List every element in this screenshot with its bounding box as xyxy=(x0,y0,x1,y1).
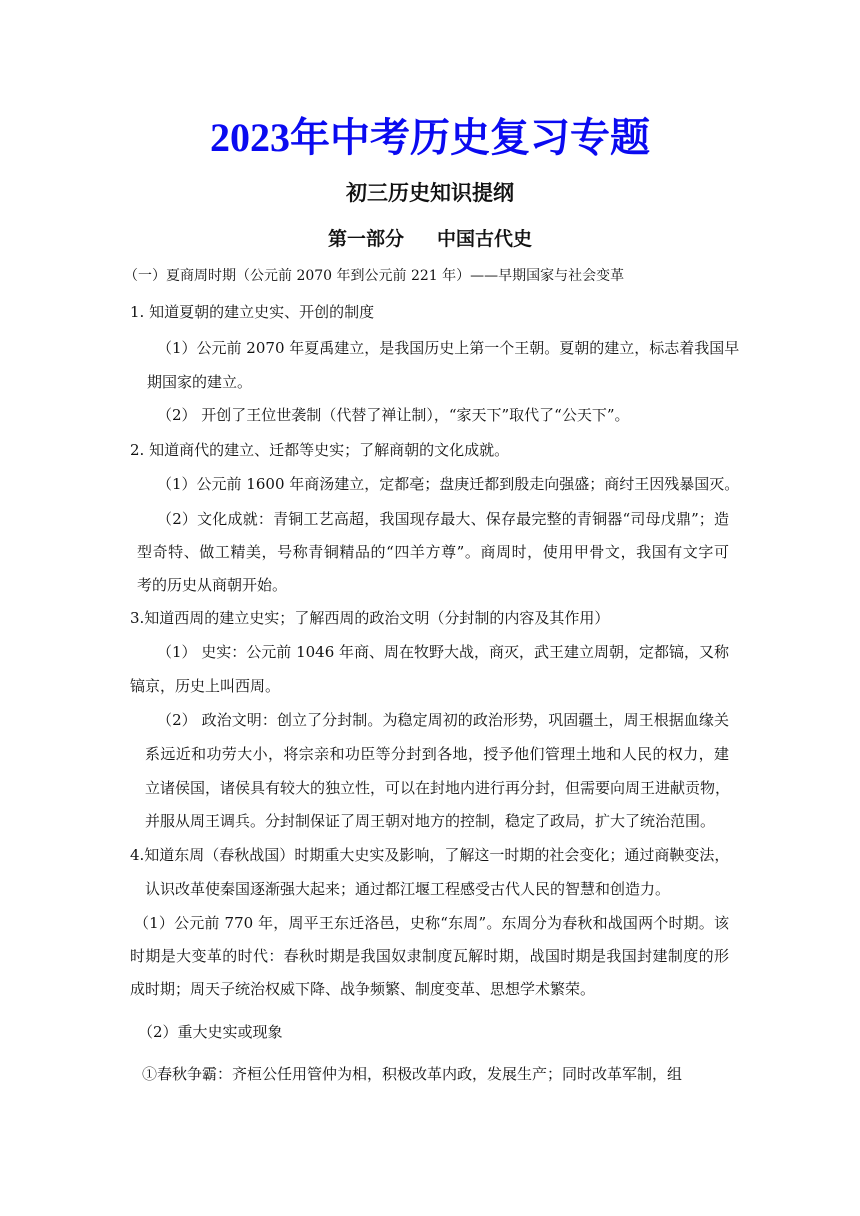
item-heading-2: 2. 知道商代的建立、迁都等史实；了解商朝的文化成就。 xyxy=(130,440,509,460)
paragraph-line: （1）公元前 770 年，周平王东迁洛邑，史称“东周”。东周分为春秋和战国两个时… xyxy=(134,913,729,933)
item-heading-4: 4.知道东周（春秋战国）时期重大史实及影响，了解这一时期的社会变化；通过商鞅变法… xyxy=(130,845,729,865)
paragraph-line: ①春秋争霸：齐桓公任用管仲为相，积极改革内政，发展生产；同时改革军制，组 xyxy=(142,1064,682,1084)
document-title: 2023年中考历史复习专题 xyxy=(0,112,860,164)
paragraph-line: （1） 史实：公元前 1046 年商、周在牧野大战，商灭，武王建立周朝，定都镐，… xyxy=(157,642,729,662)
paragraph-line: 型奇特、做工精美，号称青铜精品的“四羊方尊”。商周时，使用甲骨文，我国有文字可 xyxy=(137,542,729,562)
paragraph-line: （1）公元前 2070 年夏禹建立，是我国历史上第一个王朝。夏朝的建立，标志着我… xyxy=(157,338,729,358)
paragraph-line: （1）公元前 1600 年商汤建立，定都亳；盘庚迁都到殷走向强盛；商纣王因残暴国… xyxy=(157,474,729,494)
paragraph-line: 系远近和功劳大小，将宗亲和功臣等分封到各地，授予他们管理土地和人民的权力，建 xyxy=(145,744,729,764)
paragraph-line: 立诸侯国，诸侯具有较大的独立性，可以在封地内进行再分封，但需要向周王进献贡物， xyxy=(145,778,729,798)
paragraph-line: （2） 开创了王位世袭制（代替了禅让制），“家天下”取代了“公天下”。 xyxy=(157,405,630,425)
paragraph-line: 时期是大变革的时代：春秋时期是我国奴隶制度瓦解时期，战国时期是我国封建制度的形 xyxy=(130,946,729,966)
paragraph-line: 考的历史从商朝开始。 xyxy=(137,575,287,595)
item-heading-4-cont: 认识改革使秦国逐渐强大起来；通过都江堰工程感受古代人民的智慧和创造力。 xyxy=(145,879,670,899)
item-heading-3: 3.知道西周的建立史实；了解西周的政治文明（分封制的内容及其作用） xyxy=(130,608,609,628)
paragraph-line: 镐京，历史上叫西周。 xyxy=(130,676,280,696)
paragraph-line: 并服从周王调兵。分封制保证了周王朝对地方的控制，稳定了政局，扩大了统治范围。 xyxy=(145,811,715,831)
subheading: （2）重大史实或现象 xyxy=(138,1022,283,1042)
paragraph-line: （2） 政治文明：创立了分封制。为稳定周初的政治形势，巩固疆土，周王根据血缘关 xyxy=(157,710,729,730)
paragraph-line: 成时期；周天子统治权威下降、战争频繁、制度变革、思想学术繁荣。 xyxy=(130,979,595,999)
part-heading: 第一部分 中国古代史 xyxy=(0,225,860,253)
paragraph-line: （2）文化成就：青铜工艺高超，我国现存最大、保存最完整的青铜器“司母戊鼎”；造 xyxy=(157,509,729,529)
document-subtitle: 初三历史知识提纲 xyxy=(0,178,860,208)
item-heading-1: 1. 知道夏朝的建立史实、开创的制度 xyxy=(130,302,374,322)
section-heading-xia-shang-zhou: （一）夏商周时期（公元前 2070 年到公元前 221 年）——早期国家与社会变… xyxy=(124,266,624,286)
document-page: 2023年中考历史复习专题 初三历史知识提纲 第一部分 中国古代史 （一）夏商周… xyxy=(0,0,860,1216)
paragraph-line: 期国家的建立。 xyxy=(147,372,252,392)
